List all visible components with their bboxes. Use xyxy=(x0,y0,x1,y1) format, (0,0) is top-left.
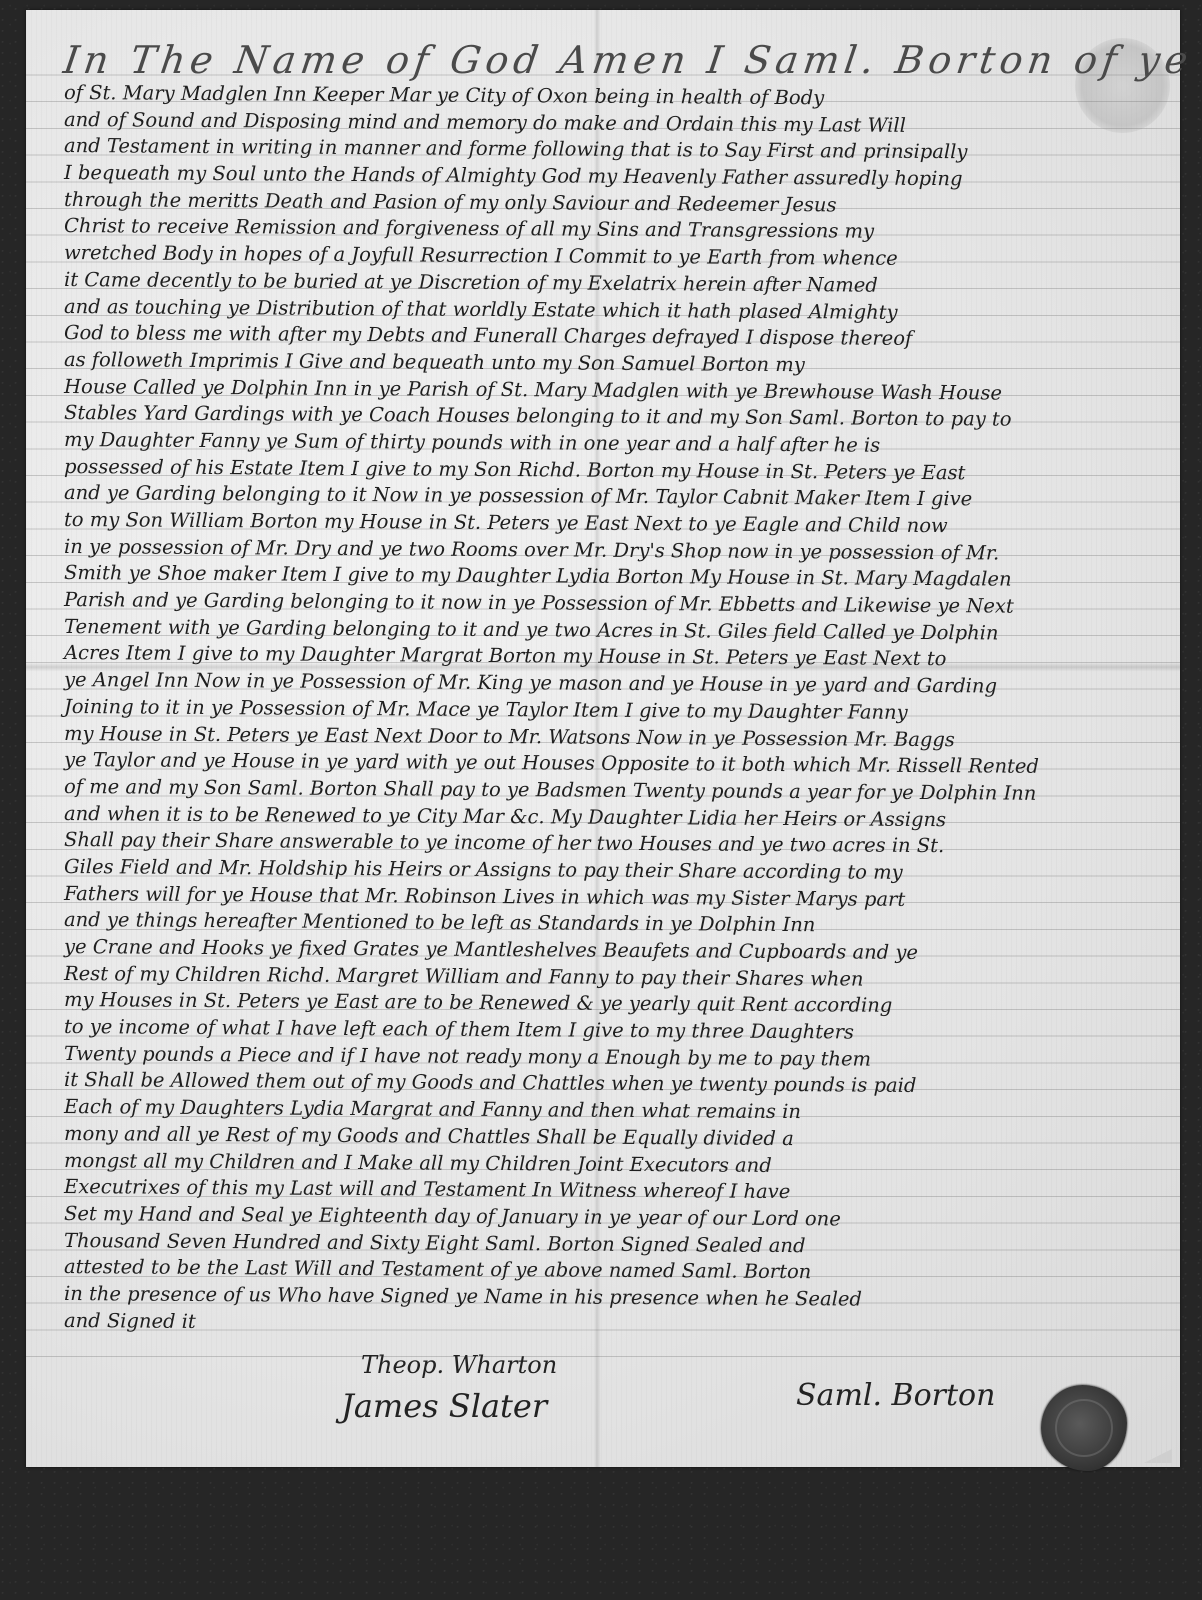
will-body: In The Name of God Amen I Saml. Borton o… xyxy=(64,40,1174,1334)
testator-signature: Saml. Borton xyxy=(796,1378,995,1413)
witness-signature: Theop. Wharton xyxy=(361,1351,557,1379)
manuscript-page: In The Name of God Amen I Saml. Borton o… xyxy=(26,10,1180,1467)
folded-corner xyxy=(1144,1449,1172,1463)
signature-area: Theop. Wharton James Slater Saml. Borton xyxy=(26,1345,1180,1467)
witness-signature: James Slater xyxy=(341,1387,547,1425)
will-heading: In The Name of God Amen I Saml. Borton o… xyxy=(61,40,1177,80)
wax-seal-icon xyxy=(1041,1385,1127,1471)
